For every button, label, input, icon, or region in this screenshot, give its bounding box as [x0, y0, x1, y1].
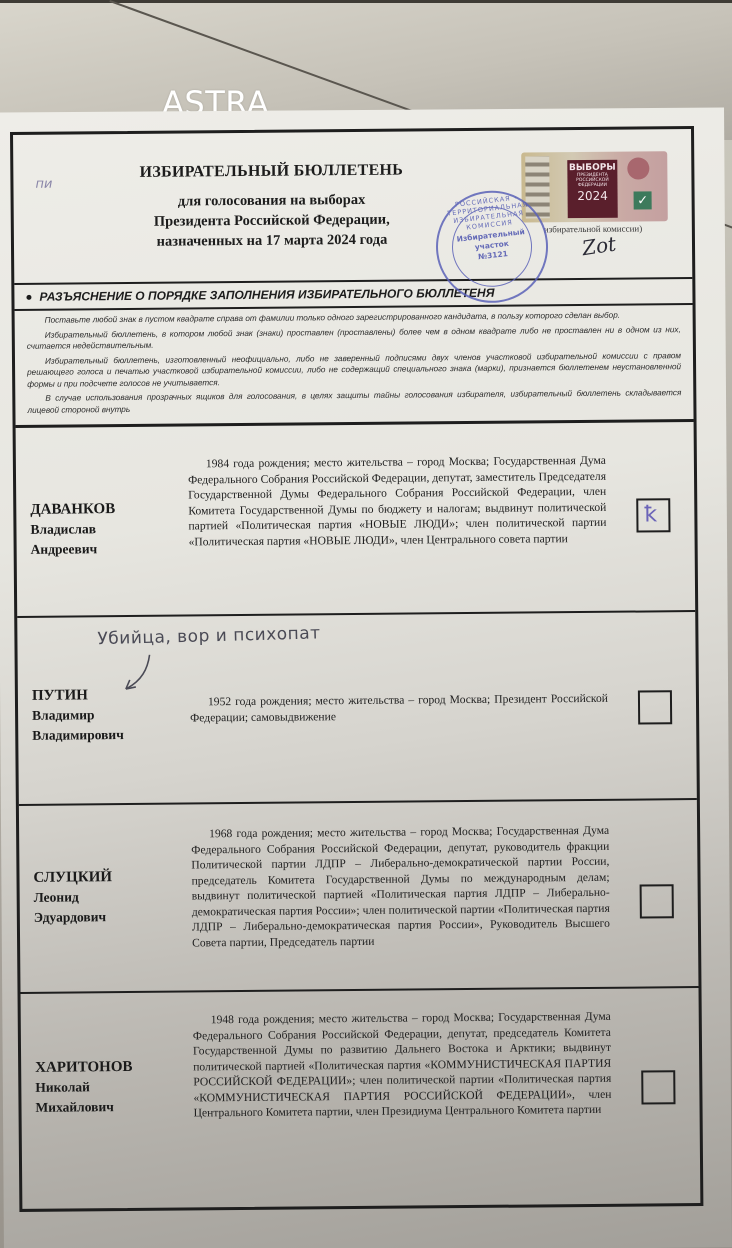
candidate-row: ДАВАНКОВ Владислав Андреевич 1984 года р… [16, 422, 696, 618]
vote-checkbox[interactable] [641, 1070, 675, 1104]
candidate-bio: 1952 года рождения; место жительства – г… [190, 691, 608, 726]
checkmark-icon: ✓ [634, 191, 652, 209]
instruction-paragraph: Избирательный бюллетень, в котором любой… [27, 324, 681, 353]
special-mark: ВЫБОРЫ ПРЕЗИДЕНТА РОССИЙСКОЙ ФЕДЕРАЦИИ 2… [521, 151, 668, 222]
candidate-row: ХАРИТОНОВ Николай Михайлович 1948 года р… [21, 988, 701, 1184]
vote-checkbox[interactable] [638, 690, 672, 724]
handwritten-note: Убийца, вор и психопат [97, 623, 321, 649]
arrow-icon [120, 653, 160, 693]
ballot-title: ИЗБИРАТЕЛЬНЫЙ БЮЛЛЕТЕНЬ [111, 161, 431, 182]
ballot-subtitle: для голосования на выборах Президента Ро… [112, 189, 433, 252]
candidate-row: СЛУЦКИЙ Леонид Эдуардович 1968 года рожд… [19, 800, 699, 994]
candidate-bio: 1948 года рождения; место жительства – г… [193, 1009, 612, 1121]
vote-checkbox[interactable]: ꝁ [636, 498, 670, 532]
ballot: пи ИЗБИРАТЕЛЬНЫЙ БЮЛЛЕТЕНЬ для голосован… [10, 126, 703, 1212]
signature: Zot [580, 231, 617, 260]
coat-of-arms-icon [627, 157, 649, 179]
instructions: Поставьте любой знак в пустом квадрате с… [15, 305, 694, 428]
margin-scribble: пи [35, 177, 52, 192]
bullet-icon [26, 295, 31, 300]
instruction-paragraph: Избирательный бюллетень, изготовленный н… [27, 350, 681, 390]
mark-caption: избирательной комиссии) [544, 223, 642, 234]
vote-checkbox[interactable] [640, 884, 674, 918]
subtitle-line: назначенных на 17 марта 2024 года [112, 229, 432, 252]
candidate-bio: 1984 года рождения; место жительства – г… [188, 453, 607, 550]
ballot-header: пи ИЗБИРАТЕЛЬНЫЙ БЮЛЛЕТЕНЬ для голосован… [13, 129, 692, 285]
elections-logo: ВЫБОРЫ ПРЕЗИДЕНТА РОССИЙСКОЙ ФЕДЕРАЦИИ 2… [567, 160, 618, 218]
subtitle-line: Президента Российской Федерации, [112, 209, 432, 232]
instruction-paragraph: В случае использования прозрачных ящиков… [27, 387, 681, 416]
subtitle-line: для голосования на выборах [112, 189, 432, 212]
candidate-name: СЛУЦКИЙ Леонид Эдуардович [33, 867, 112, 928]
candidate-name: ПУТИН Владимир Владимирович [32, 685, 124, 746]
handwritten-mark-icon: ꝁ [644, 501, 657, 529]
candidate-name: ДАВАНКОВ Владислав Андреевич [30, 499, 115, 560]
candidate-name: ХАРИТОНОВ Николай Михайлович [35, 1057, 133, 1118]
candidate-bio: 1968 года рождения; место жительства – г… [191, 823, 610, 951]
candidate-row: Убийца, вор и психопат ПУТИН Владимир Вл… [17, 612, 697, 806]
